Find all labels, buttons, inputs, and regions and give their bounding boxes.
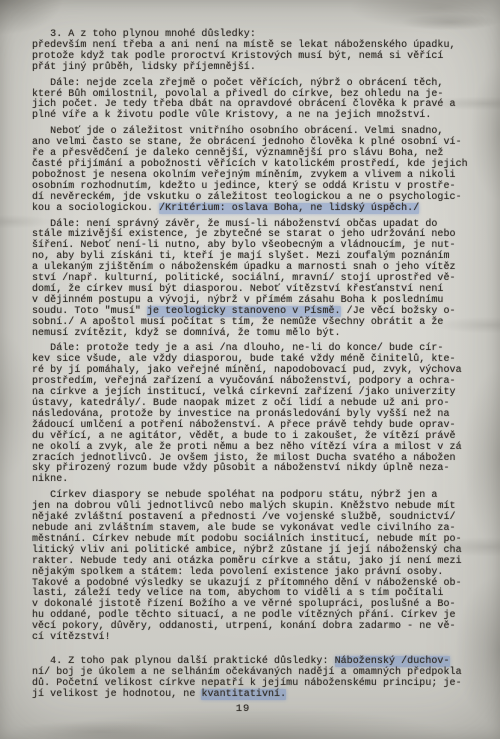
- text-line: nemusí zvítězit, když se domnívá, že tom…: [32, 329, 474, 340]
- text-segment: plné víře a k životu podle vůle Kristovy…: [32, 110, 431, 121]
- paragraph: Dále: není správný závěr, že musí-li náb…: [32, 220, 474, 340]
- text-segment: na církve a jejích institucí, velká círk…: [32, 387, 456, 398]
- highlight-mark: kvantitativní.: [201, 689, 286, 700]
- paragraph: Neboť jde o záležitost vnitřního osobníh…: [32, 127, 474, 214]
- text-segment: nějakým spolkem a státem: leda povolení …: [32, 567, 443, 578]
- text-segment: ano velmi často se stane, že obrácení je…: [32, 137, 462, 148]
- text-segment: ústavy, katedrály/. Bude naopak mizet z …: [32, 398, 450, 409]
- text-segment: stále mizivější existence, je zbytečné s…: [32, 229, 456, 240]
- text-segment: následována, protože by investice na pro…: [32, 409, 450, 420]
- text-segment: sky přirozený rozum bude vždy působit a …: [32, 463, 450, 474]
- text-segment: Neboť jde o záležitost vnitřního osobníh…: [32, 126, 443, 137]
- text-segment: sobní./ A apoštol musí počítat s tím, že…: [32, 317, 443, 328]
- text-segment: nebude ani zvláštním stavem, ale bude se…: [32, 523, 456, 534]
- text-segment: šíření. Neboť není-li nutno, aby bylo vš…: [32, 240, 456, 251]
- text-line: plné víře a k životu podle vůle Kristovy…: [32, 111, 474, 122]
- text-segment: především není třeba a ani není na místě…: [32, 40, 456, 51]
- paragraph: 3. A z toho plynou mnohé důsledky:předev…: [32, 30, 474, 74]
- text-segment: časté přijímání a pobožnosti věřících v …: [32, 159, 468, 170]
- text-segment: no, aby byli získáni ti, kteří je mají s…: [32, 251, 450, 262]
- scanned-document-page: 3. A z toho plynou mnohé důsledky:předev…: [0, 0, 500, 739]
- text-segment: rakter. Nebude tedy ani otázka poměru cí…: [32, 556, 462, 567]
- text-segment: kev sice všude, ale vždy diasporou, bude…: [32, 354, 456, 365]
- text-segment: Dále: není správný závěr, že musí-li náb…: [32, 219, 437, 230]
- text-segment: 3. A z toho plynou mnohé důsledky:: [32, 29, 256, 40]
- paragraph: Dále: nejde zcela zřejmě o počet věřícíc…: [32, 79, 474, 123]
- text-line: přát jiný průběh, lidsky příjemnější.: [32, 63, 474, 74]
- text-segment: přát jiný průběh, lidsky příjemnější.: [32, 62, 256, 73]
- text-segment: protože když tak podle proroctví Kristov…: [32, 51, 443, 62]
- highlight-mark: je teologicky stanoveno v Písmě.: [147, 306, 341, 317]
- text-segment: ství /např. kulturní, politické, sociáln…: [32, 273, 456, 284]
- highlight-mark: /Kritérium: oslava Boha, ne lidský úspěc…: [159, 203, 419, 214]
- text-segment: ře a přesvědčení je daleko cennější, výz…: [32, 148, 443, 159]
- text-segment: pobožnost je nesena okolním veřejným mín…: [32, 170, 456, 181]
- text-segment: lasti, záleží tedy velice na tom, abycho…: [32, 588, 443, 599]
- text-segment: jen na dobrou vůli jednotlivců nebo malý…: [32, 501, 456, 512]
- text-segment: jí velikost je hodnotou, ne: [32, 689, 201, 700]
- text-segment: /Je věcí božsky o-: [341, 306, 456, 317]
- text-line: sky přirozený rozum bude vždy působit a …: [32, 464, 474, 475]
- text-segment: cí vítězství!: [32, 632, 111, 643]
- text-block: 3. A z toho plynou mnohé důsledky:předev…: [32, 30, 474, 701]
- text-segment: Dále: protože tedy je a asi /na dlouho, …: [32, 343, 443, 354]
- text-segment: osobním rozhodnutím, kdežto u jedince, k…: [32, 181, 456, 192]
- text-segment: Církev diaspory se nebude spoléhat na po…: [32, 490, 437, 501]
- text-segment: du věřící, a ne agitátor, vědět, a bude …: [32, 431, 456, 442]
- text-segment: ré by jí pomáhaly, jako veřejné mínění, …: [32, 365, 462, 376]
- text-segment: a ulekaným zjištěním o náboženském úpadk…: [32, 262, 456, 273]
- text-segment: Takové a podobné výsledky se ukazují z p…: [32, 578, 462, 589]
- text-line: kou a sociologickou. /Kritérium: oslava …: [32, 204, 474, 215]
- text-segment: Dále: nejde zcela zřejmě o počet věřícíc…: [32, 78, 443, 89]
- text-segment: jich počet. Je tedy třeba dbát na opravd…: [32, 99, 456, 110]
- text-segment: litický vliv ani politické ambice, nýbrž…: [32, 545, 462, 556]
- text-segment: ne okolí a zvyk, ale že proti němu a bez…: [32, 442, 462, 453]
- paragraph: Církev diaspory se nebude spoléhat na po…: [32, 491, 474, 644]
- text-segment: věcí pokory, důvěry, oddanosti, utrpení,…: [32, 621, 456, 632]
- text-line: cí vítězství!: [32, 633, 474, 644]
- text-segment: soudu. Toto "musí": [32, 306, 147, 317]
- text-segment: nemusí zvítězit, když se domnívá, že tom…: [32, 328, 341, 339]
- text-segment: nějaké zvláštní postavení a přednosti /v…: [32, 512, 456, 523]
- text-segment: které Bůh omilostnil, povolal a přivedl …: [32, 89, 443, 100]
- text-segment: nikne.: [32, 474, 68, 485]
- text-segment: v dějinném postupu a vývoji, nýbrž v pří…: [32, 295, 443, 306]
- text-segment: prostředím, veřejná zařízení a vyučování…: [32, 376, 456, 387]
- text-segment: hu oddané, podle těchto situací, a ne po…: [32, 610, 456, 621]
- text-segment: ní/ boj je úkolem a ne selháním očekávan…: [32, 667, 462, 678]
- page-number: 19: [0, 703, 486, 715]
- paragraph: 4. Z toho pak plynou další praktické důs…: [32, 657, 474, 701]
- text-line: nikne.: [32, 475, 474, 486]
- text-segment: v dokonalé jistotě řízení Božího a ve vě…: [32, 599, 456, 610]
- text-segment: zracích jednotlivců. Je ovšem jisto, že …: [32, 453, 456, 464]
- text-segment: domí, že církev musí být diasporou. Nebo…: [32, 284, 443, 295]
- highlight-mark: Náboženský /duchov-: [335, 656, 450, 667]
- text-line: jí velikost je hodnotou, ne kvantitativn…: [32, 690, 474, 701]
- text-segment: kou a sociologickou.: [32, 203, 159, 214]
- text-segment: dí nevěreckém, jde vskutku o záležitost …: [32, 192, 462, 203]
- text-segment: dů. Početní velikost církve nepatří k je…: [32, 678, 462, 689]
- paragraph: Dále: protože tedy je a asi /na dlouho, …: [32, 344, 474, 486]
- text-segment: městnání. Církev nebude mít podobu sociá…: [32, 534, 462, 545]
- text-segment: 4. Z toho pak plynou další praktické důs…: [32, 656, 335, 667]
- text-segment: žádoucí umlčení a potření náboženství. A…: [32, 420, 456, 431]
